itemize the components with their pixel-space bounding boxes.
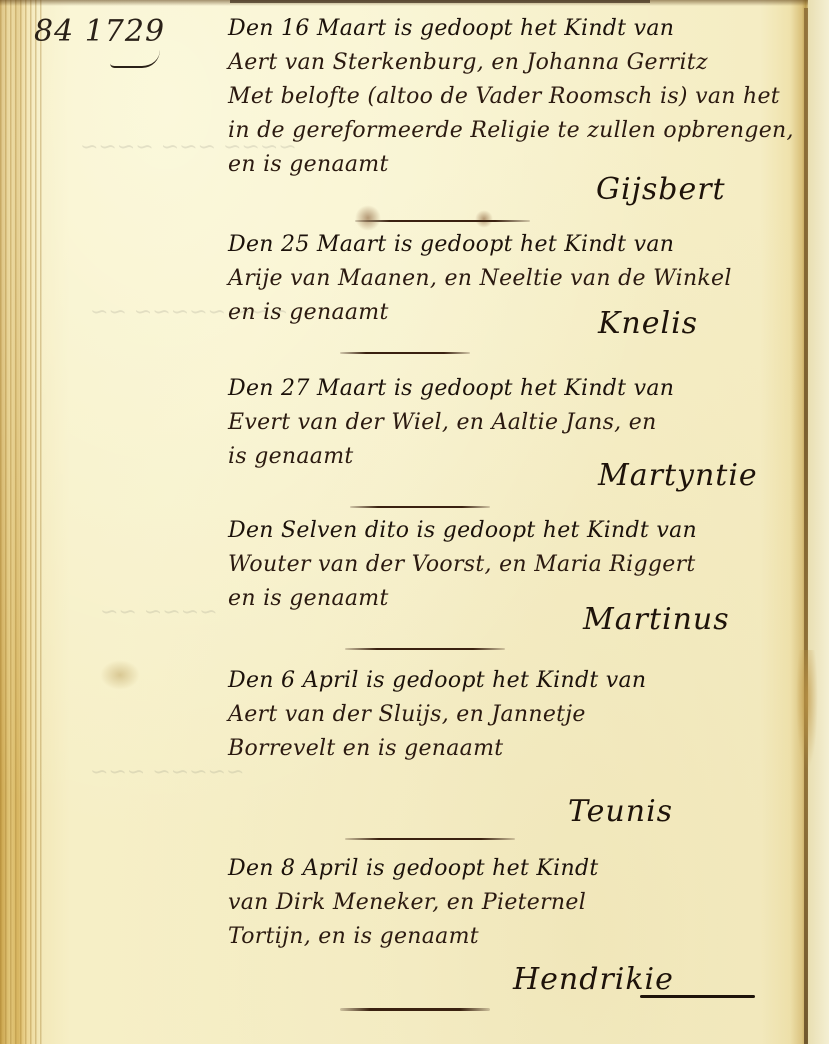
entry-line: Den 8 April is gedoopt het Kindt: [228, 852, 798, 886]
top-binding-edge: [230, 0, 650, 3]
baptism-entry: Den Selven dito is gedoopt het Kindt van…: [228, 514, 798, 616]
entry-line: Aert van der Sluijs, en Jannetje: [228, 698, 798, 732]
entry-line: Den 16 Maart is gedoopt het Kindt van: [228, 12, 798, 46]
baptism-entry: Den 16 Maart is gedoopt het Kindt van Ae…: [228, 12, 798, 182]
entry-separator: [355, 220, 530, 222]
paper-stain: [100, 660, 140, 690]
entry-line: Arije van Maanen, en Neeltie van de Wink…: [228, 262, 798, 296]
entry-line: van Dirk Meneker, en Pieternel: [228, 886, 798, 920]
entry-line: Borrevelt en is genaamt: [228, 732, 798, 766]
entry-line: in de gereformeerde Religie te zullen op…: [228, 114, 798, 148]
entry-line: Wouter van der Voorst, en Maria Riggert: [228, 548, 798, 582]
baptism-entry: Den 25 Maart is gedoopt het Kindt van Ar…: [228, 228, 798, 330]
entry-separator: [345, 648, 505, 650]
bleed-through-text: ~~~~~ ~~~: [90, 760, 244, 785]
entry-line: Den 25 Maart is gedoopt het Kindt van: [228, 228, 798, 262]
register-page: ~~~~ ~~~ ~~~~ ~~~ ~~~~~ ~~ ~~~~ ~~ ~~~~~…: [0, 0, 829, 1044]
child-name: Hendrikie: [513, 962, 674, 997]
baptism-entry: Den 8 April is gedoopt het Kindt van Dir…: [228, 852, 798, 954]
facing-leaf-edge: [808, 0, 829, 1044]
folio-flourish: [110, 50, 160, 68]
name-flourish: [640, 995, 755, 998]
entry-line: Evert van der Wiel, en Aaltie Jans, en: [228, 406, 798, 440]
child-name: Knelis: [598, 306, 698, 341]
child-name: Martinus: [583, 602, 730, 637]
entry-separator: [340, 1008, 490, 1011]
entry-line: en is genaamt: [228, 296, 798, 330]
child-name: Martyntie: [598, 458, 758, 493]
entry-line: Tortijn, en is genaamt: [228, 920, 798, 954]
right-binding-gutter: [804, 8, 808, 1044]
entry-separator: [340, 352, 470, 354]
page-edge-stack: [0, 0, 44, 1044]
entry-line: Den 6 April is gedoopt het Kindt van: [228, 664, 798, 698]
binding-fray: [796, 650, 818, 770]
baptism-entry: Den 27 Maart is gedoopt het Kindt van Ev…: [228, 372, 798, 474]
child-name: Gijsbert: [596, 172, 726, 207]
baptism-entry: Den 6 April is gedoopt het Kindt van Aer…: [228, 664, 798, 766]
entry-line: Aert van Sterkenburg, en Johanna Gerritz: [228, 46, 798, 80]
folio-year-number: 84 1729: [34, 14, 165, 49]
bleed-through-text: ~~~~ ~~: [100, 600, 218, 625]
entry-separator: [345, 838, 515, 840]
entry-line: Den Selven dito is gedoopt het Kindt van: [228, 514, 798, 548]
entry-separator: [350, 506, 490, 508]
ink-blot: [475, 210, 493, 228]
entry-line: Met belofte (altoo de Vader Roomsch is) …: [228, 80, 798, 114]
child-name: Teunis: [568, 794, 673, 829]
entry-line: Den 27 Maart is gedoopt het Kindt van: [228, 372, 798, 406]
